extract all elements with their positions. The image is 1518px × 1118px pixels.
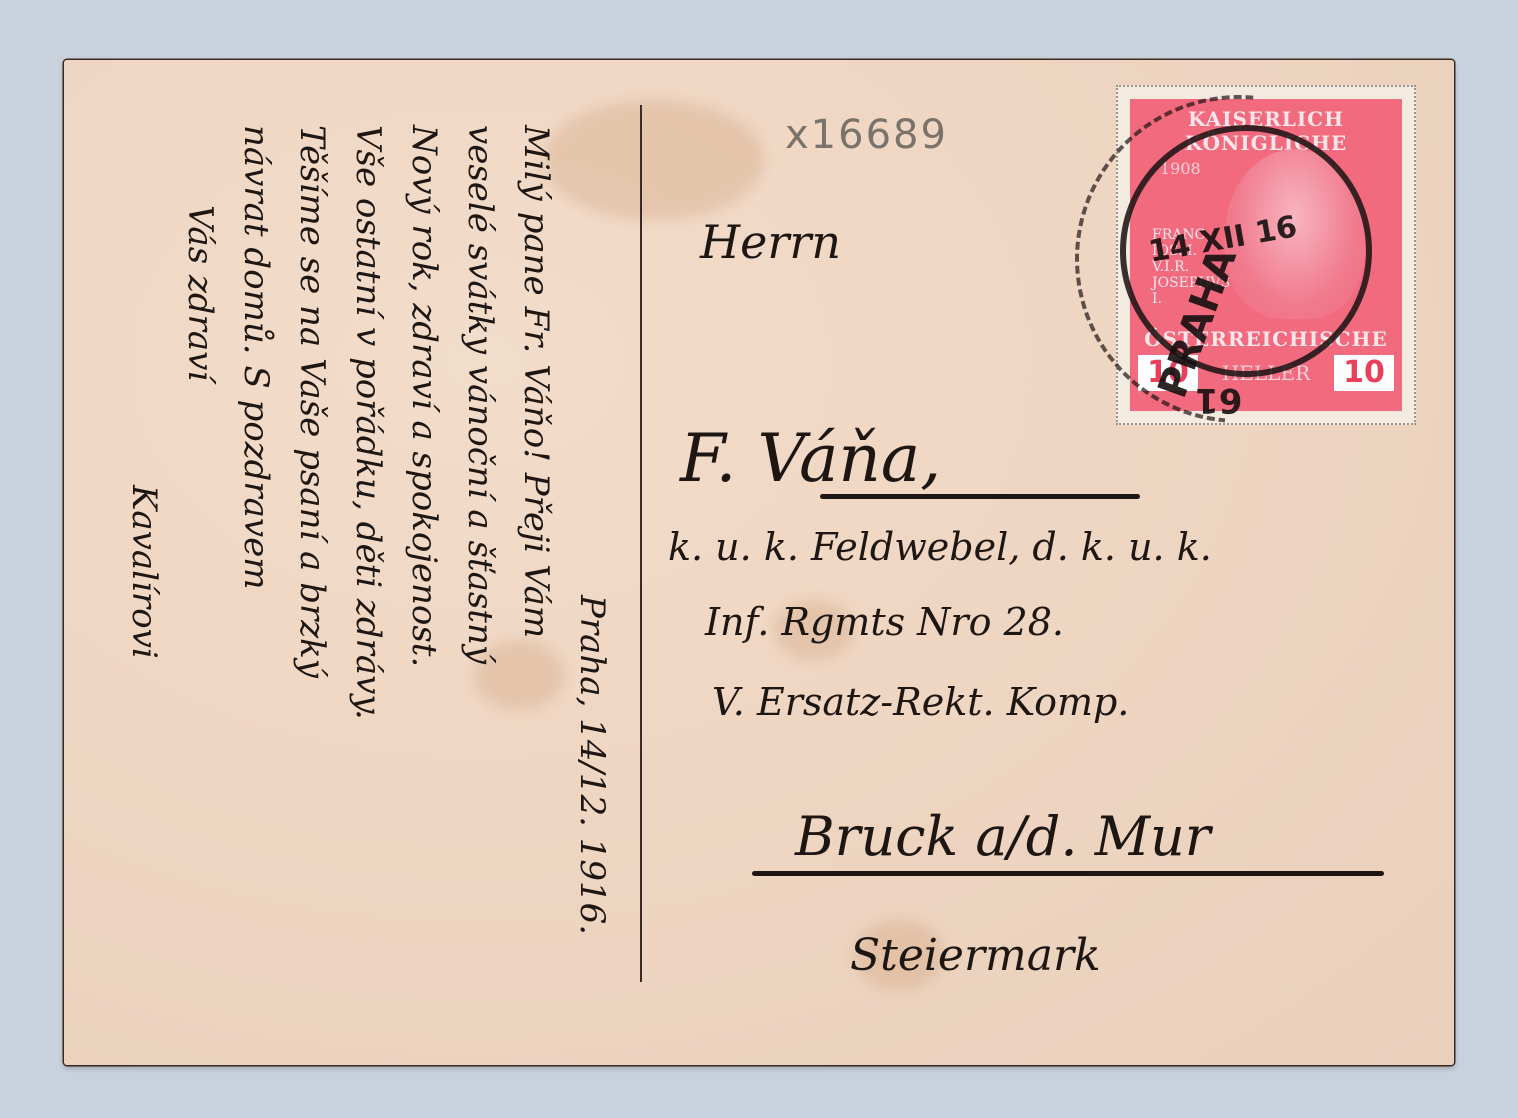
message-dateline: Praha, 14/12. 1916. <box>564 125 620 1045</box>
message-line: Vše ostatní v pořádku, děti zdrávy. <box>340 125 396 1045</box>
recipient-name-underline <box>820 494 1140 499</box>
address-line-rank: k. u. k. Feldwebel, d. k. u. k. <box>668 525 1212 569</box>
postmark-number: 61 <box>1195 380 1242 420</box>
address-region: Steiermark <box>850 930 1101 981</box>
handwritten-message: Praha, 14/12. 1916. Milý pane Fr. Váňo! … <box>80 125 640 1045</box>
message-rotated-block: Praha, 14/12. 1916. Milý pane Fr. Váňo! … <box>116 125 620 1045</box>
address-line-regiment: Inf. Rgmts Nro 28. <box>705 600 1064 644</box>
address-divider-line <box>640 105 642 982</box>
address-city: Bruck a/d. Mur <box>795 805 1211 868</box>
message-signature: Kavalírovi <box>116 125 172 1045</box>
message-line: Milý pane Fr. Váňo! Přeji Vám <box>508 125 564 1045</box>
pencil-inventory-mark: x16689 <box>785 112 948 158</box>
recipient-name: F. Váňa, <box>680 420 941 497</box>
address-city-underline <box>752 871 1384 876</box>
message-line: návrat domů. S pozdravem <box>228 125 284 1045</box>
message-line: Těšíme se na Vaše psaní a brzký <box>284 125 340 1045</box>
address-salutation: Herrn <box>700 215 841 269</box>
message-line: Nový rok, zdraví a spokojenost. <box>396 125 452 1045</box>
message-line: veselé svátky vánoční a šťastný <box>452 125 508 1045</box>
address-line-company: V. Ersatz-Rekt. Komp. <box>712 680 1129 724</box>
message-line: Vás zdraví <box>172 125 228 1045</box>
